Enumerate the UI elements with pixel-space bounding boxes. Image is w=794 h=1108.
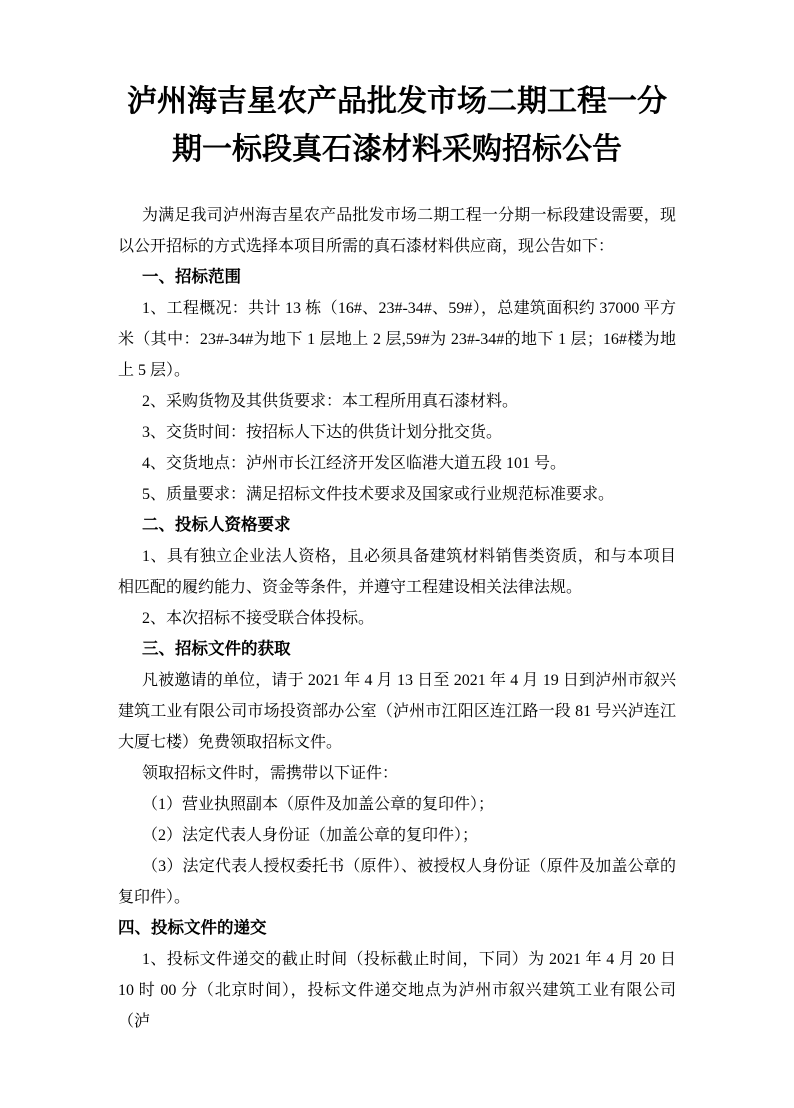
section-1-paragraph: 2、采购货物及其供货要求：本工程所用真石漆材料。 xyxy=(118,386,676,417)
document-page: 泸州海吉星农产品批发市场二期工程一分期一标段真石漆材料采购招标公告 为满足我司泸… xyxy=(0,0,794,1108)
section-1-paragraph: 1、工程概况：共计 13 栋（16#、23#-34#、59#），总建筑面积约 3… xyxy=(118,293,676,386)
section-2-paragraph: 2、本次招标不接受联合体投标。 xyxy=(118,603,676,634)
section-3-heading: 三、招标文件的获取 xyxy=(118,634,676,665)
section-1-paragraph: 5、质量要求：满足招标文件技术要求及国家或行业规范标准要求。 xyxy=(118,479,676,510)
document-content: 泸州海吉星农产品批发市场二期工程一分期一标段真石漆材料采购招标公告 为满足我司泸… xyxy=(118,78,676,1037)
intro-paragraph: 为满足我司泸州海吉星农产品批发市场二期工程一分期一标段建设需要，现以公开招标的方… xyxy=(118,200,676,262)
section-2-heading: 二、投标人资格要求 xyxy=(118,510,676,541)
section-4-paragraph: 1、投标文件递交的截止时间（投标截止时间，下同）为 2021 年 4 月 20 … xyxy=(118,944,676,1037)
section-3-list-item: （2）法定代表人身份证（加盖公章的复印件）； xyxy=(118,820,676,851)
section-1-paragraph: 3、交货时间：按招标人下达的供货计划分批交货。 xyxy=(118,417,676,448)
section-3-list-item: （1）营业执照副本（原件及加盖公章的复印件）； xyxy=(118,789,676,820)
section-1-paragraph: 4、交货地点：泸州市长江经济开发区临港大道五段 101 号。 xyxy=(118,448,676,479)
section-2-paragraph: 1、具有独立企业法人资格，且必须具备建筑材料销售类资质，和与本项目相匹配的履约能… xyxy=(118,541,676,603)
document-title: 泸州海吉星农产品批发市场二期工程一分期一标段真石漆材料采购招标公告 xyxy=(118,78,676,174)
section-3-paragraph: 凡被邀请的单位，请于 2021 年 4 月 13 日至 2021 年 4 月 1… xyxy=(118,665,676,758)
section-3-list-item: （3）法定代表人授权委托书（原件）、被授权人身份证（原件及加盖公章的复印件）。 xyxy=(118,851,676,913)
section-1-heading: 一、招标范围 xyxy=(118,262,676,293)
section-3-paragraph: 领取招标文件时，需携带以下证件： xyxy=(118,758,676,789)
section-4-heading: 四、投标文件的递交 xyxy=(118,913,676,944)
